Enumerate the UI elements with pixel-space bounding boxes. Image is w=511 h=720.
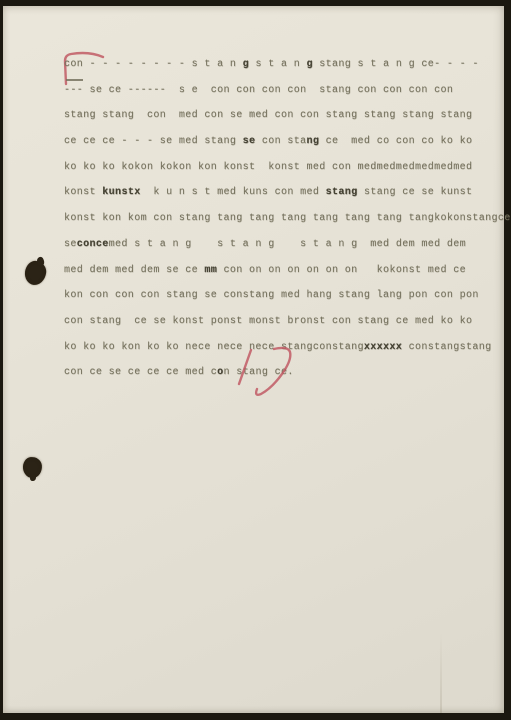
punch-hole-top (25, 257, 49, 287)
poem-line: kon con con con stang se constang med ha… (64, 283, 504, 309)
poem-line: con stang ce se konst ponst monst bronst… (64, 309, 504, 335)
poem-line: ko ko ko kokon kokon kon konst konst med… (64, 155, 504, 181)
scanned-document: { "document": { "kind": "typewritten con… (0, 0, 511, 720)
red-hook-mark (256, 348, 290, 395)
poem-line: stang stang con med con se med con con s… (64, 103, 504, 129)
poem-line: ce ce ce - - - se med stang se con stang… (64, 129, 504, 155)
poem-text: con - - - - - - - - s t a n g s t a n g … (64, 52, 504, 386)
poem-line: con - - - - - - - - s t a n g s t a n g … (64, 52, 504, 78)
paper-crease (440, 633, 442, 713)
red-slash-mark (239, 350, 251, 384)
paper-sheet: con - - - - - - - - s t a n g s t a n g … (3, 6, 504, 713)
poem-line: seconcemed s t a n g s t a n g s t a n g… (64, 232, 504, 258)
punch-hole-bottom (23, 454, 45, 483)
poem-line: konst kunstx k u n s t med kuns con med … (64, 180, 504, 206)
poem-line: --- se ce ------ s e con con con con sta… (64, 78, 504, 104)
poem-line: med dem med dem se ce mm con on on on on… (64, 258, 504, 284)
punch-hole-tear (30, 474, 36, 481)
red-annotation-marks (230, 343, 302, 405)
poem-line: konst kon kom con stang tang tang tang t… (64, 206, 504, 232)
